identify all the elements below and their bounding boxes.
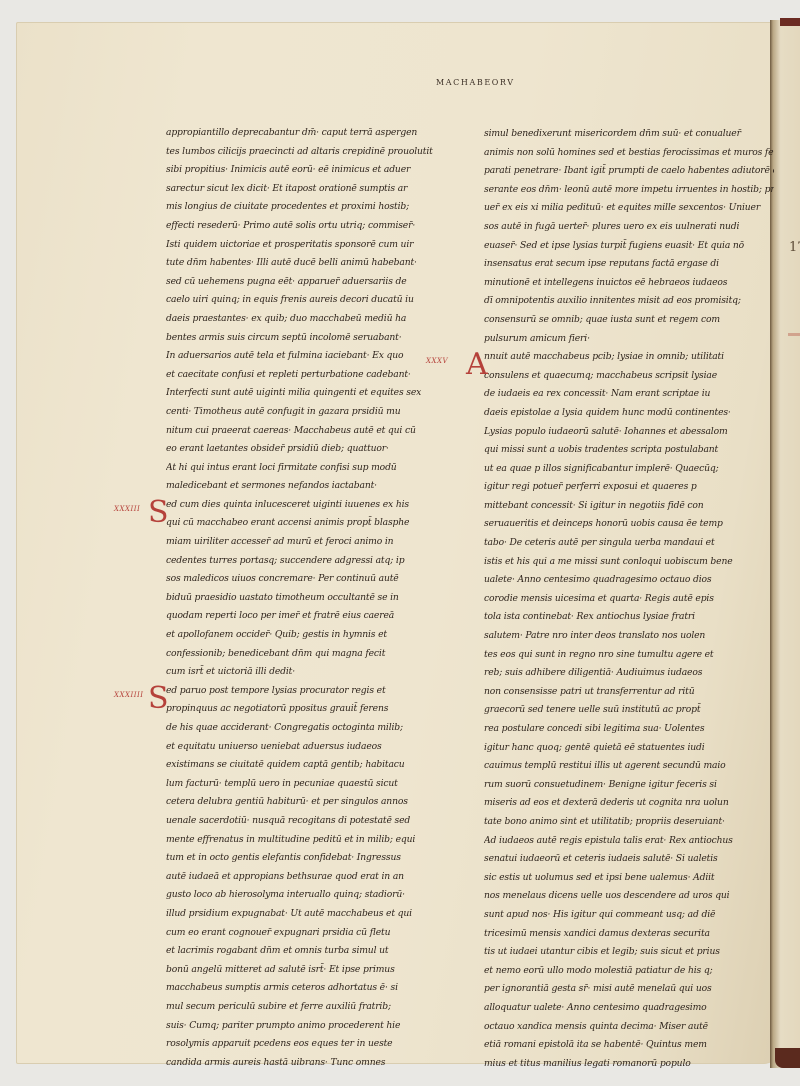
text-line: reb; suis adhibere diligentiā· Audiuimus… <box>484 664 774 683</box>
rubricated-initial: S <box>148 684 169 714</box>
text-line: qui missi sunt a uobis tradentes scripta… <box>484 441 774 460</box>
text-line: appropiantillo deprecabantur dm̄· caput … <box>166 124 456 143</box>
text-line: miam uiriliter accesser̄ ad murū et fero… <box>166 533 456 552</box>
binding-edge-top <box>780 18 800 26</box>
text-line: euaser̄· Sed et ipse lysias turpit̄ fugi… <box>484 237 774 256</box>
text-line: et apollofanem occider̄· Quib; gestis in… <box>166 626 456 645</box>
text-line: tate bono animo sint et utilitatib; prop… <box>484 813 774 832</box>
text-line: mittebant concessit· Si igitur in negoti… <box>484 497 774 516</box>
text-line: minutionē et intellegens inuictos eē heb… <box>484 274 774 293</box>
text-line: biduū praesidio uastato timotheum occult… <box>166 589 456 608</box>
text-line: consensurū se omnib; quae iusta sunt et … <box>484 311 774 330</box>
text-line: istis et his qui a me missi sunt conloqu… <box>484 553 774 572</box>
text-line: tabo· De ceteris autē per singula uerba … <box>484 534 774 553</box>
text-line: et lacrimis rogabant dn̄m et omnis turba… <box>166 942 456 961</box>
text-line: illud prsidium expugnabat· Ut autē macch… <box>166 905 456 924</box>
text-line: salutem· Patre nro inter deos translato … <box>484 627 774 646</box>
text-line: daeis epistolae a lysia quidem hunc modū… <box>484 404 774 423</box>
text-line: macchabeus sumptis armis ceteros adhorta… <box>166 979 456 998</box>
text-line: pulsurum amicum fieri· <box>484 330 774 349</box>
gutter-folio-mark: 17 <box>789 240 800 255</box>
text-line: igitur regi potuer̄ perferri exposui et … <box>484 478 774 497</box>
text-line: Isti quidem uictoriae et prosperitatis s… <box>166 236 456 255</box>
text-line: tes eos qui sunt in regno nro sine tumul… <box>484 646 774 665</box>
text-line: nnuit autē macchabeus pcib; lysiae in om… <box>484 348 774 367</box>
rubricated-initial: S <box>148 498 169 528</box>
text-line: etiā romani epistolā ita se habentē· Qui… <box>484 1036 774 1055</box>
gutter-rubric-mark <box>788 333 800 336</box>
text-line: sos maledicos uiuos concremare· Per cont… <box>166 570 456 589</box>
text-line: per ignorantiā gesta sr̄· misi autē mene… <box>484 980 774 999</box>
text-line: Lysias populo iudaeorū salutē· Iohannes … <box>484 423 774 442</box>
text-line: tum et in octo gentis elefantis confideb… <box>166 849 456 868</box>
text-line: insensatus erat secum ipse reputans fact… <box>484 255 774 274</box>
text-line: Ad iudaeos autē regis epistula talis era… <box>484 832 774 851</box>
text-line: uer̄ ex eis xi milia pedituū· et equites… <box>484 199 774 218</box>
text-line: sic estis ut uolumus sed et ipsi bene ua… <box>484 869 774 888</box>
text-line: animis non solū homines sed et bestias f… <box>484 144 774 163</box>
text-line: cedentes turres portasq; succendere adgr… <box>166 552 456 571</box>
chapter-number: XXXIII <box>114 500 140 519</box>
text-line: miseris ad eos et dexterā dederis ut cog… <box>484 794 774 813</box>
text-line: alloquatur ualete· Anno centesimo quadra… <box>484 999 774 1018</box>
text-line: cauimus templū restitui illis ut agerent… <box>484 757 774 776</box>
text-line: ed paruo post tempore lysias procurator … <box>166 682 456 701</box>
text-line: tis ut iudaei utantur cibis et legib; su… <box>484 943 774 962</box>
text-line: graecorū sed tenere uelle suū institutū … <box>484 701 774 720</box>
text-line: tes lumbos cilicijs praecincti ad altari… <box>166 143 456 162</box>
text-line: dī omnipotentis auxilio innitentes misit… <box>484 292 774 311</box>
text-line: maledicebant et sermones nefandos iactab… <box>166 477 456 496</box>
text-line: ualete· Anno centesimo quadragesimo octa… <box>484 571 774 590</box>
text-line: effecti resederū· Primo autē solis ortu … <box>166 217 456 236</box>
running-head: MACHABEORV <box>436 78 515 87</box>
text-line: tola ista continebat· Rex antiochus lysi… <box>484 608 774 627</box>
text-line: simul benedixerunt misericordem dn̄m suū… <box>484 125 774 144</box>
text-line: tricesimū mensis xandici damus dexteras … <box>484 925 774 944</box>
text-line: cum eo erant cognouer̄ expugnari prsidia… <box>166 924 456 943</box>
text-line: propinquus ac negotiatorū ppositus graui… <box>166 700 456 719</box>
text-line: autē iudaeā et appropians bethsurae quod… <box>166 868 456 887</box>
text-line: de iudaeis ea rex concessit· Nam erant s… <box>484 385 774 404</box>
text-line: In aduersarios autē tela et fulmina iaci… <box>166 347 456 366</box>
text-line: tute dn̄m habentes· Illi autē ducē belli… <box>166 254 456 273</box>
text-line: existimans se ciuitatē quidem captā gent… <box>166 756 456 775</box>
text-line: bonū angelū mitteret ad salutē isrt̄· Et… <box>166 961 456 980</box>
text-line: senatui iudaeorū et ceteris iudaeis salu… <box>484 850 774 869</box>
text-line: mul secum periculū subire et ferre auxil… <box>166 998 456 1017</box>
text-line: cetera delubra gentiū habiturū· et per s… <box>166 793 456 812</box>
text-line: sed cū uehemens pugna eēt· apparuer̄ adu… <box>166 273 456 292</box>
text-line: quodam reperti loco per imer̄ et fratrē … <box>166 607 456 626</box>
text-line: caelo uiri quinq; in equis frenis aureis… <box>166 291 456 310</box>
text-line: gusto loco ab hierosolyma interuallo qui… <box>166 886 456 905</box>
text-line: octauo xandica mensis quinta decima· Mis… <box>484 1018 774 1037</box>
chapter-number: XXXIIII <box>114 686 144 705</box>
text-line: confessionib; benedicebant dn̄m qui magn… <box>166 645 456 664</box>
text-line: nos menelaus dicens uelle uos descendere… <box>484 887 774 906</box>
text-line: centi· Timotheus autē confugit in gazara… <box>166 403 456 422</box>
text-line: igitur hanc quoq; gentē quietā eē statue… <box>484 739 774 758</box>
text-line: eo erant laetantes obsider̄ prsidiū dieb… <box>166 440 456 459</box>
text-line: mis longius de ciuitate procedentes et p… <box>166 198 456 217</box>
right-column: simul benedixerunt misericordem dn̄m suū… <box>484 125 774 1073</box>
binding-edge-bottom <box>775 1048 800 1068</box>
text-line: cum isrt̄ et uictoriā illi dedit· <box>166 663 456 682</box>
text-line: mius et titus manilius legati romanorū p… <box>484 1055 774 1074</box>
text-line: rea postulare concedi sibi legitima sua·… <box>484 720 774 739</box>
text-line: et equitatu uniuerso ueniebat aduersus i… <box>166 738 456 757</box>
text-line: sibi propitius· Inimicis autē eorū· eē i… <box>166 161 456 180</box>
chapter-number: XXXV <box>426 352 448 371</box>
text-line: rosolymis apparuit pcedens eos eques ter… <box>166 1035 456 1054</box>
text-line: sarectur sicut lex dicit· Et itapost ora… <box>166 180 456 199</box>
text-line: sunt apud nos· His igitur qui commeant u… <box>484 906 774 925</box>
text-line: de his quae acciderant· Congregatis octo… <box>166 719 456 738</box>
rubricated-initial: A <box>466 350 488 380</box>
text-line: rum suorū consuetudinem· Benigne igitur … <box>484 776 774 795</box>
text-line: sos autē in fugā uerter̄· plures uero ex… <box>484 218 774 237</box>
text-line: candida armis aureis hastā uibrans· Tunc… <box>166 1054 456 1073</box>
text-line: suis· Cumq; pariter prumpto animo proced… <box>166 1017 456 1036</box>
text-line: consulens et quaecumq; macchabeus scrips… <box>484 367 774 386</box>
text-line: mente effrenatus in multitudine peditū e… <box>166 831 456 850</box>
text-line: parati penetrare· Ibant igit̄ prumpti de… <box>484 162 774 181</box>
text-line: lum facturū· templū uero in pecuniae qua… <box>166 775 456 794</box>
text-line: Interfecti sunt autē uiginti milia quing… <box>166 384 456 403</box>
left-column: appropiantillo deprecabantur dm̄· caput … <box>166 124 456 1072</box>
text-line: At hi qui intus erant loci firmitate con… <box>166 459 456 478</box>
text-line: non consensisse patri ut transferrentur … <box>484 683 774 702</box>
text-line: et nemo eorū ullo modo molestiā patiatur… <box>484 962 774 981</box>
text-line: ed cum dies quinta inlucesceret uiginti … <box>166 496 456 515</box>
text-line: et caecitate confusi et repleti perturba… <box>166 366 456 385</box>
text-line: bentes armis suis circum septū incolomē … <box>166 329 456 348</box>
text-line: serante eos dn̄m· leonū autē more impetu… <box>484 181 774 200</box>
book-gutter <box>770 20 800 1068</box>
text-line: seruaueritis et deinceps honorū uobis ca… <box>484 515 774 534</box>
text-line: qui cū macchabeo erant accensi animis pr… <box>166 514 456 533</box>
text-line: nitum cui praeerat caereas· Macchabeus a… <box>166 422 456 441</box>
text-line: corodie mensis uicesima et quarta· Regis… <box>484 590 774 609</box>
text-line: ut ea quae p illos significabantur imple… <box>484 460 774 479</box>
text-line: daeis praestantes· ex quib; duo macchabe… <box>166 310 456 329</box>
text-line: uenale sacerdotiū· nusquā recogitans di … <box>166 812 456 831</box>
